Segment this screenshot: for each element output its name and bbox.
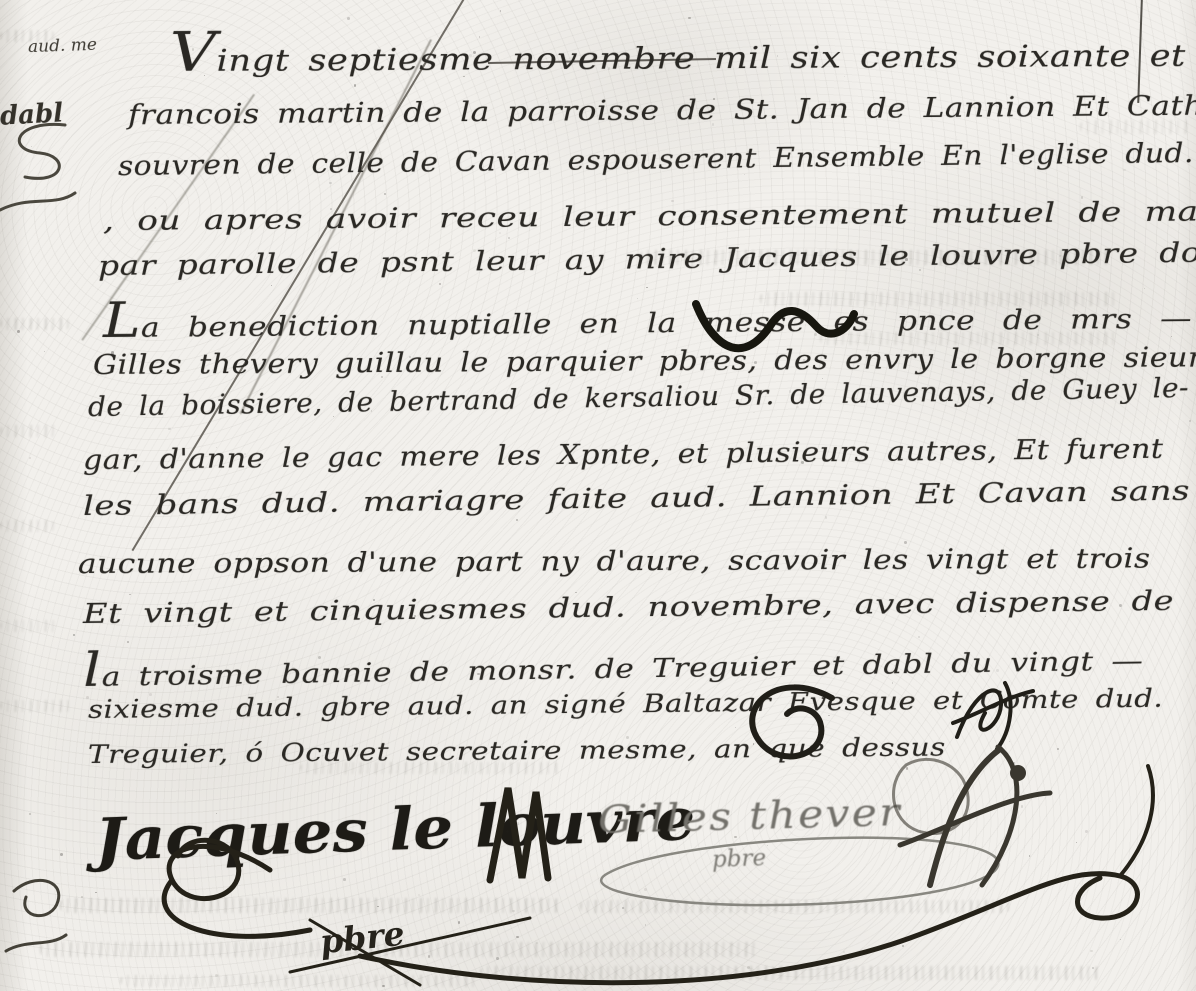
signature-priest-secondary: Gilles thever [597, 790, 902, 842]
bleed-through-mark [0, 520, 55, 532]
bleed-through-mark [120, 975, 480, 987]
bleed-through-mark [0, 318, 70, 330]
manuscript-page: aud. me dabl Vingt septiesme novembre mi… [0, 0, 1196, 991]
manuscript-line-4: , ou apres avoir receu leur consentement… [103, 198, 1196, 235]
bleed-through-mark [580, 900, 1010, 913]
signature-priest-secondary-title: pbre [712, 845, 767, 873]
manuscript-line-5: par parolle de psnt leur ay mire Jacques… [98, 238, 1196, 280]
manuscript-line-7: Gilles thevery guillau le parquier pbres… [93, 344, 1196, 379]
signature-priest-primary-title: pbre [318, 914, 406, 962]
manuscript-line-9: gar, d'anne le gac mere les Xpnte, et pl… [83, 436, 1164, 474]
bleed-through-mark [480, 966, 1100, 980]
manuscript-line-2: francois martin de la parroisse de St. J… [128, 92, 1196, 129]
margin-note: dabl [0, 98, 64, 131]
manuscript-line-10: les bans dud. mariagre faite aud. Lannio… [83, 478, 1190, 520]
manuscript-line-11: aucune oppson d'une part ny d'aure, scav… [78, 545, 1151, 578]
bleed-through-mark [0, 425, 60, 437]
manuscript-line-15: Treguier, ó Ocuvet secretaire mesme, an … [88, 735, 946, 767]
manuscript-line-6: La benediction nuptialle en la messe es … [103, 287, 1192, 345]
manuscript-line-3: souvren de celle de Cavan espouserent En… [118, 139, 1196, 180]
manuscript-line-8: de la boissiere, de bertrand de kersalio… [88, 375, 1189, 421]
corner-ink-marks [0, 855, 110, 985]
manuscript-line-12: Et vingt et cinquiesmes dud. novembre, a… [83, 588, 1174, 628]
bleed-through-mark [60, 898, 560, 913]
margin-flourish [0, 115, 85, 235]
margin-note: aud. me [28, 35, 98, 57]
bleed-through-mark [0, 620, 60, 632]
manuscript-line-1: Vingt septiesme novembre mil six cents s… [170, 20, 1196, 80]
bleed-through-mark [0, 700, 75, 712]
